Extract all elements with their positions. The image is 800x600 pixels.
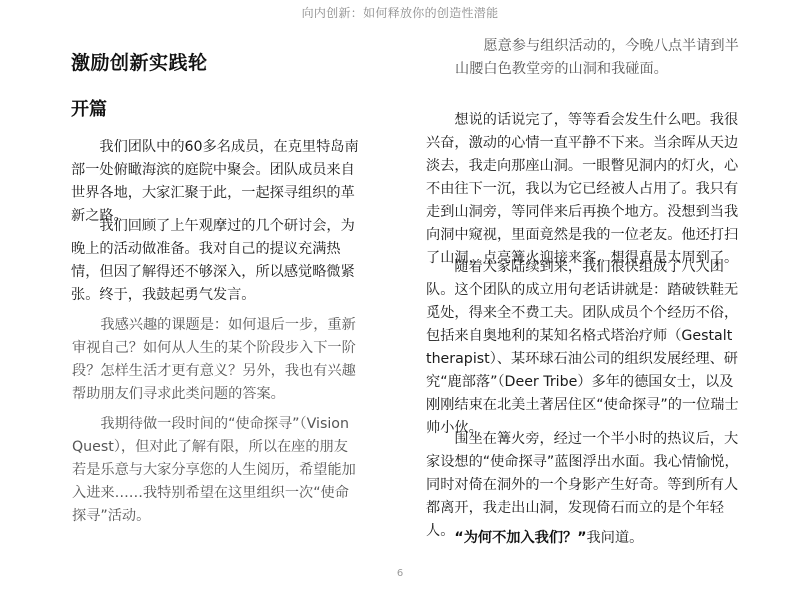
quote-paragraph: 愿意参与组织活动的，今晚八点半请到半山腰白色教堂旁的山洞和我碰面。 [455,35,745,81]
body-paragraph: 随着大家陆续到来，我们很快组成了八人团队。这个团队的成立用句老话讲就是：踏破铁鞋… [426,256,739,440]
chapter-title: 激励创新实践轮 [71,48,208,75]
page-number: 6 [0,568,800,579]
body-paragraph: 我们回顾了上午观摩过的几个研讨会，为晚上的活动做准备。我对自己的提议充满热情，但… [71,215,363,307]
quote-paragraph: 我期待做一段时间的“使命探寻”（Vision Quest），但对此了解有限，所以… [72,413,362,528]
dialogue-tag: 我问道。 [587,530,644,546]
body-paragraph: 想说的话说完了，等等看会发生什么吧。我很兴奋，激动的心情一直平静不下来。当余晖从… [426,109,739,270]
running-header: 向内创新：如何释放你的创造性潜能 [0,4,800,21]
quote-paragraph: 我感兴趣的课题是：如何退后一步，重新审视自己？如何从人生的某个阶段步入下一阶段？… [72,314,362,406]
section-title: 开篇 [71,95,107,121]
dialogue-paragraph: “为何不加入我们？”我问道。 [426,527,739,550]
dialogue-quote: “为何不加入我们？” [454,530,586,546]
body-paragraph: 围坐在篝火旁，经过一个半小时的热议后，大家设想的“使命探寻”蓝图浮出水面。我心情… [426,428,739,543]
